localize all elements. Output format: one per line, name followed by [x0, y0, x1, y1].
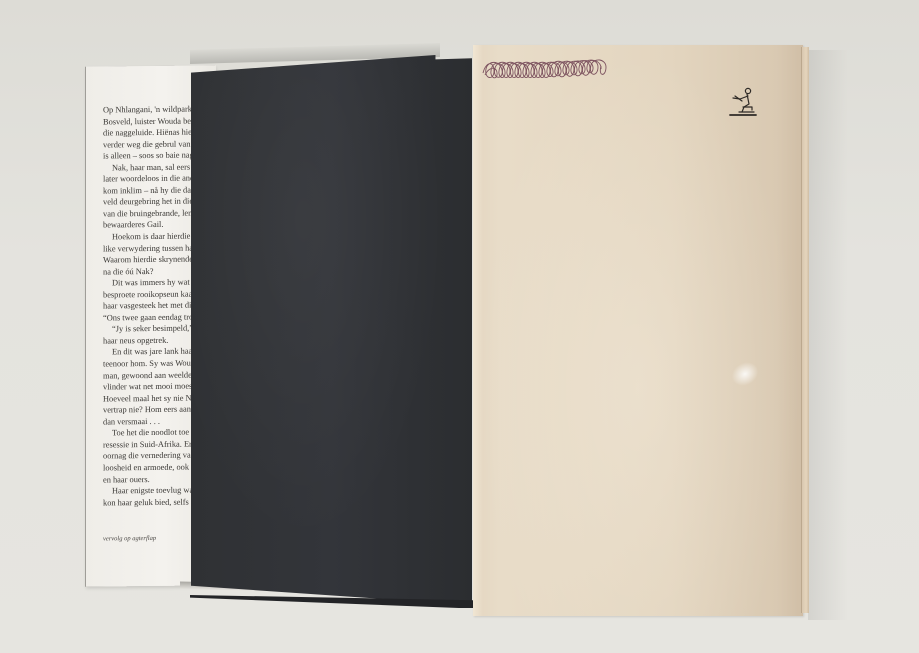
page-block-edge: [801, 47, 809, 613]
endpaper-page: [473, 45, 803, 616]
page-gutter: [473, 45, 483, 616]
book-cover-board: [191, 55, 472, 605]
scribbled-inscription: [480, 57, 620, 83]
photo-scene: Op Nhlangani, 'n wildparkBosveld, luiste…: [0, 0, 919, 653]
flap-continued-note: vervolg op agterflap: [103, 535, 156, 543]
book-shadow: [808, 50, 848, 620]
seated-reader-icon: [726, 85, 760, 119]
